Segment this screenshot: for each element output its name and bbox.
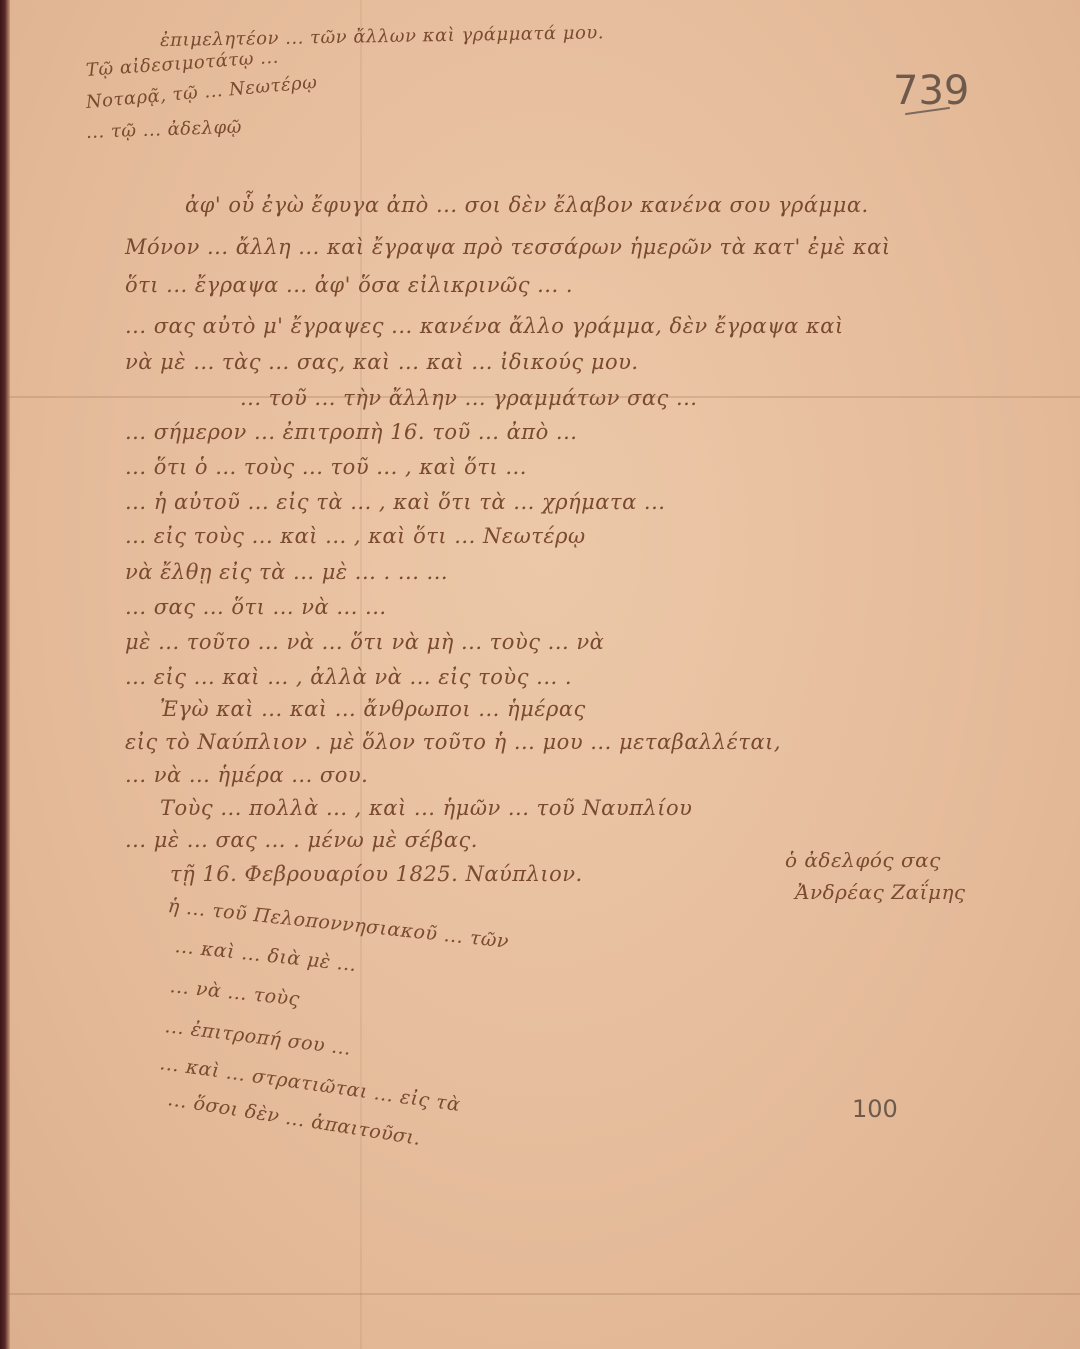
body-line: ... εἰς τοὺς ... καὶ ... , καὶ ὅτι ... Ν… — [125, 524, 586, 548]
body-line: Τοὺς ... πολλὰ ... , καὶ ... ἡμῶν ... το… — [160, 796, 692, 820]
body-line: ... σήμερον ... ἐπιτροπὴ 16. τοῦ ... ἀπὸ… — [125, 420, 577, 444]
body-line: ... μὲ ... σας ... . μένω μὲ σέβας. — [125, 828, 478, 852]
body-line: νὰ μὲ ... τὰς ... σας, καὶ ... καὶ ... ἰ… — [125, 350, 639, 374]
body-line: Ἐγὼ καὶ ... καὶ ... ἄνθρωποι ... ἡμέρας — [160, 697, 586, 721]
fold-line — [8, 1293, 1080, 1295]
body-line: ... τοῦ ... τὴν ἄλλην ... γραμμάτων σας … — [240, 386, 698, 410]
body-line: ἀφ' οὗ ἐγὼ ἔφυγα ἀπὸ ... σοι δὲν ἔλαβον … — [185, 193, 869, 217]
page-number: 100 — [852, 1095, 898, 1123]
body-line: μὲ ... τοῦτο ... νὰ ... ὅτι νὰ μὴ ... το… — [125, 630, 604, 654]
body-line: ... σας αὐτὸ μ' ἔγραψες ... κανένα ἄλλο … — [125, 314, 844, 338]
body-line: Μόνον ... ἄλλη ... καὶ ἔγραψα πρὸ τεσσάρ… — [125, 235, 891, 259]
body-line: ὅτι ... ἔγραψα ... ἀφ' ὅσα εἰλικρινῶς ..… — [125, 273, 573, 297]
body-line: ... νὰ ... ἡμέρα ... σου. — [125, 763, 368, 787]
body-line: ... ὅτι ὁ ... τοὺς ... τοῦ ... , καὶ ὅτι… — [125, 455, 527, 479]
body-line: ... ἡ αὐτοῦ ... εἰς τὰ ... , καὶ ὅτι τὰ … — [125, 490, 665, 514]
archive-number: 739 — [893, 68, 969, 114]
body-line: ... σας ... ὅτι ... νὰ ... ... — [125, 595, 387, 619]
signature-closing: ὁ ἀδελφός σας — [785, 848, 941, 872]
signature-name: Ἀνδρέας Ζαΐμης — [795, 880, 966, 904]
date-place: τῇ 16. Φεβρουαρίου 1825. Ναύπλιον. — [170, 862, 583, 886]
scan-left-edge — [0, 0, 10, 1349]
body-line: εἰς τὸ Ναύπλιον . μὲ ὅλον τοῦτο ἡ ... μο… — [125, 730, 781, 754]
body-line: νὰ ἔλθῃ εἰς τὰ ... μὲ ... . ... ... — [125, 560, 448, 584]
body-line: ... εἰς ... καὶ ... , ἀλλὰ νὰ ... εἰς το… — [125, 665, 572, 689]
